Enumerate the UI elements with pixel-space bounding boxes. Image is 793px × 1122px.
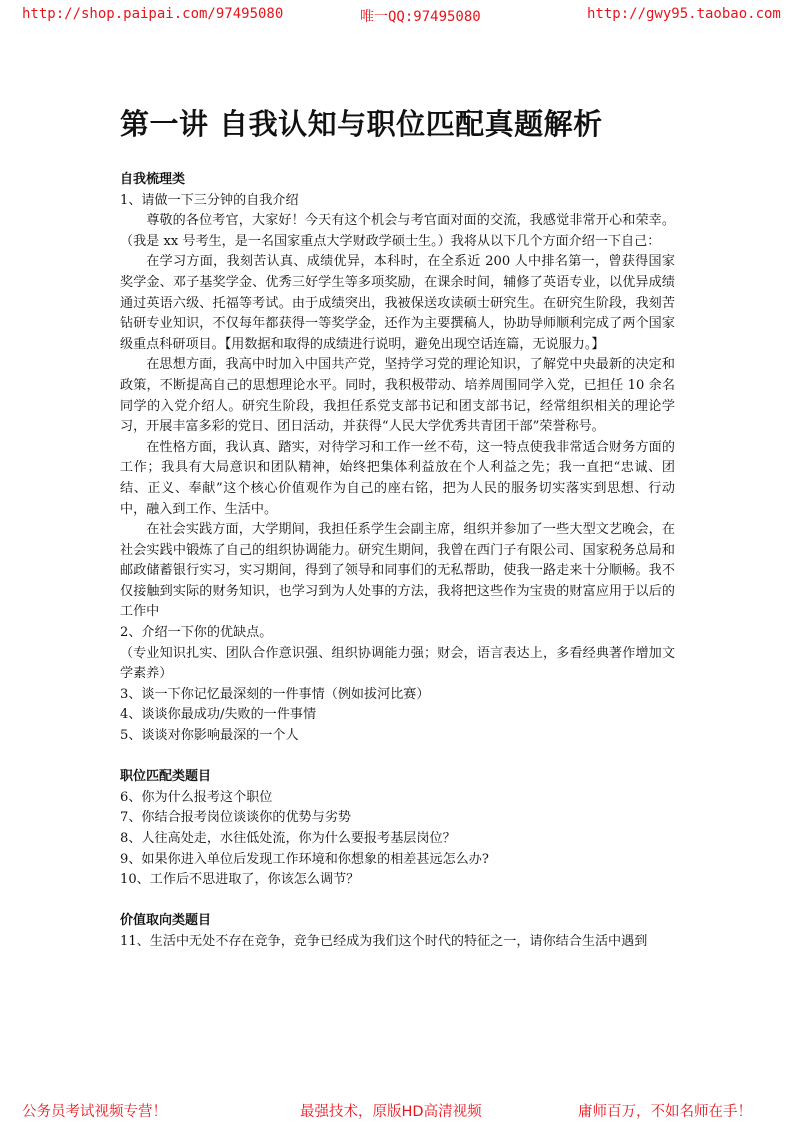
question-5: 5、谈谈对你影响最深的一个人 bbox=[120, 726, 675, 747]
answer-paragraph: 尊敬的各位考官，大家好！今天有这个机会与考官面对面的交流，我感觉非常开心和荣幸。… bbox=[120, 211, 675, 252]
page-title: 第一讲 自我认知与职位匹配真题解析 bbox=[120, 102, 603, 143]
footer-right-slogan: 庸师百万，不如名师在手！ bbox=[578, 1100, 752, 1121]
header-qq: 唯一QQ:97495080 bbox=[360, 6, 481, 26]
question-2-note: （专业知识扎实、团队合作意识强、组织协调能力强；财会，语言表达上，多看经典著作增… bbox=[120, 644, 675, 685]
section-heading-self: 自我梳理类 bbox=[120, 170, 675, 191]
question-1: 1、请做一下三分钟的自我介绍 bbox=[120, 191, 675, 212]
question-3: 3、谈一下你记忆最深刻的一件事情（例如拔河比赛） bbox=[120, 685, 675, 706]
answer-paragraph: 在社会实践方面，大学期间，我担任系学生会副主席，组织并参加了一些大型文艺晚会，在… bbox=[120, 520, 675, 623]
question-8: 8、人往高处走，水往低处流，你为什么要报考基层岗位？ bbox=[120, 829, 675, 850]
section-heading-value: 价值取向类题目 bbox=[120, 911, 675, 932]
question-9: 9、如果你进入单位后发现工作环境和你想象的相差甚远怎么办? bbox=[120, 850, 675, 871]
document-body: 自我梳理类 1、请做一下三分钟的自我介绍 尊敬的各位考官，大家好！今天有这个机会… bbox=[120, 170, 675, 953]
page-footer-banner: 公务员考试视频专营！ 最强技术，原版HD高清视频 庸师百万，不如名师在手！ bbox=[0, 1100, 793, 1120]
question-11: 11、生活中无处不存在竞争，竞争已经成为我们这个时代的特征之一，请你结合生活中遇… bbox=[120, 932, 675, 953]
answer-paragraph: 在学习方面，我刻苦认真、成绩优异，本科时，在全系近 200 人中排名第一，曾获得… bbox=[120, 252, 675, 355]
footer-left-slogan: 公务员考试视频专营！ bbox=[22, 1100, 167, 1121]
question-7: 7、你结合报考岗位谈谈你的优势与劣势 bbox=[120, 808, 675, 829]
answer-paragraph: 在思想方面，我高中时加入中国共产党，坚持学习党的理论知识，了解党中央最新的决定和… bbox=[120, 355, 675, 437]
question-6: 6、你为什么报考这个职位 bbox=[120, 788, 675, 809]
answer-paragraph: 在性格方面，我认真、踏实，对待学习和工作一丝不苟，这一特点使我非常适合财务方面的… bbox=[120, 438, 675, 520]
question-4: 4、谈谈你最成功/失败的一件事情 bbox=[120, 705, 675, 726]
header-taobao-link[interactable]: http://gwy95.taobao.com bbox=[587, 6, 781, 22]
question-2: 2、介绍一下你的优缺点。 bbox=[120, 623, 675, 644]
header-shop-link[interactable]: http://shop.paipai.com/97495080 bbox=[22, 6, 283, 22]
question-10: 10、工作后不思进取了，你该怎么调节？ bbox=[120, 870, 675, 891]
section-heading-match: 职位匹配类题目 bbox=[120, 767, 675, 788]
footer-center-slogan: 最强技术，原版HD高清视频 bbox=[300, 1100, 482, 1121]
page-header-banner: http://shop.paipai.com/97495080 唯一QQ:974… bbox=[0, 6, 793, 26]
